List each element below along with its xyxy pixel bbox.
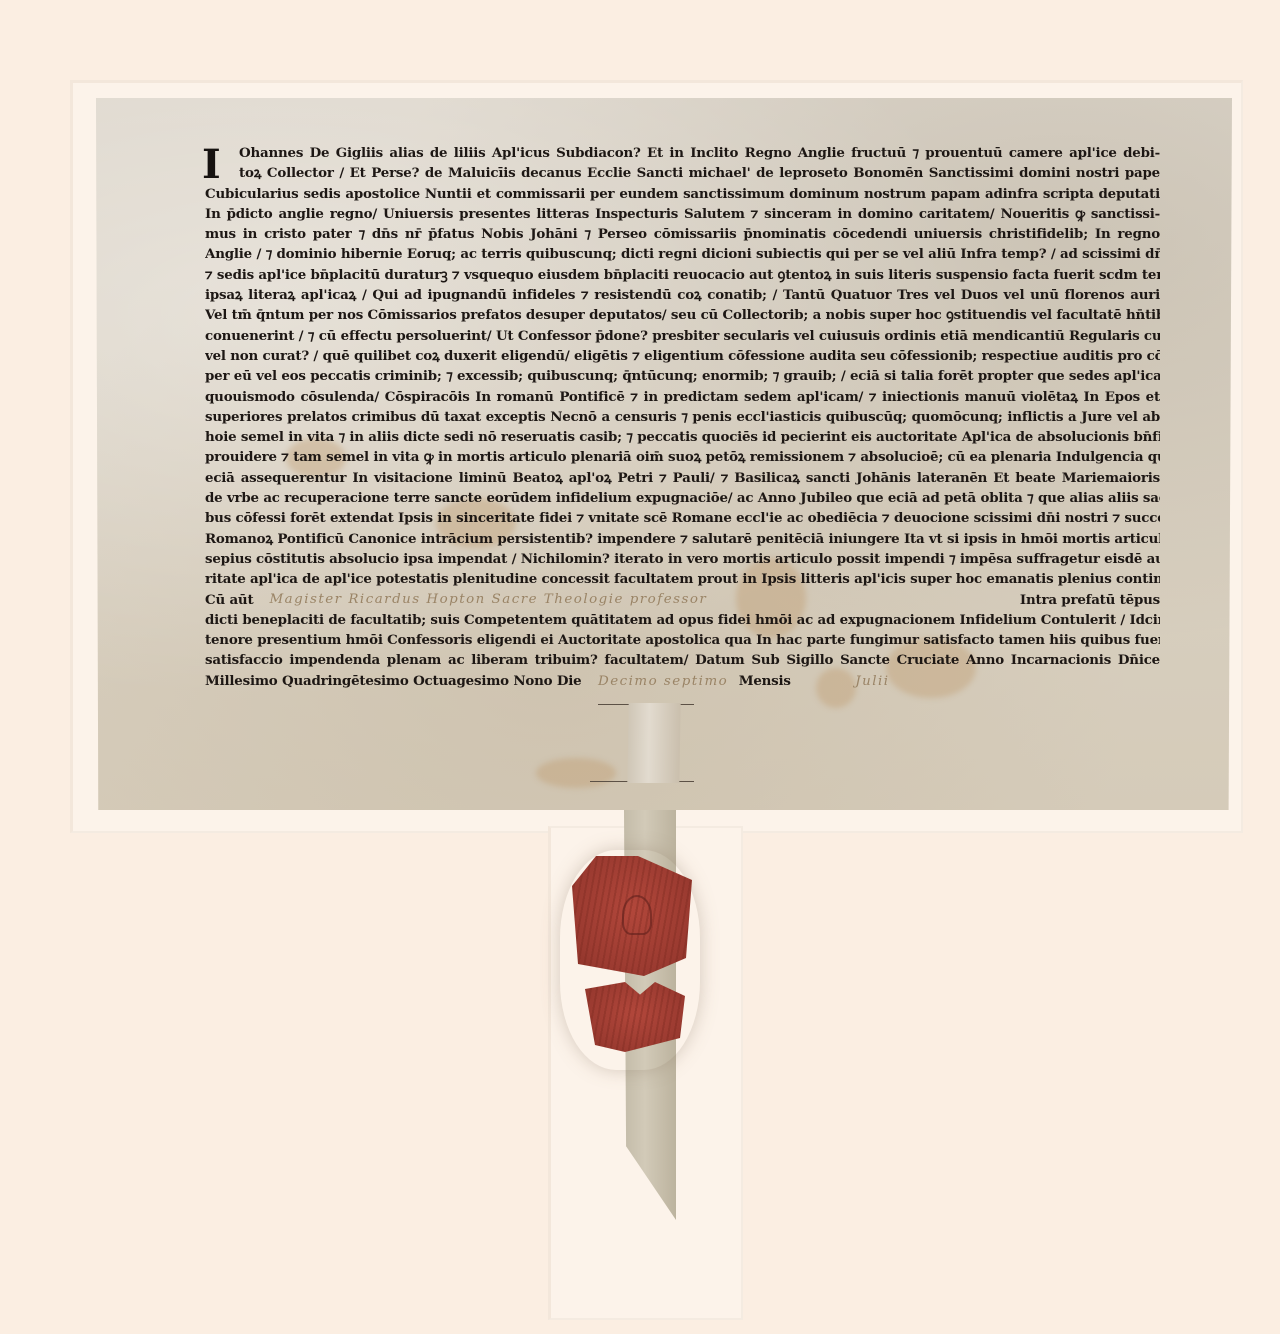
document-text: I Ohannes De Gigliis alias de liliis Apl… xyxy=(205,143,1160,691)
text-line: eciā assequerentur In visitacione liminū… xyxy=(205,468,1160,488)
text-line: prouidere ⁊ tam semel in vita ꝙ in morti… xyxy=(205,447,1160,467)
stain xyxy=(536,758,616,788)
parchment-tag-threaded xyxy=(627,703,680,783)
text-line: conuenerint / ⁊ cū effectu persoluerint/… xyxy=(205,326,1160,346)
text-line: mus in cristo pater ⁊ dn̄s nr̄ p̄fatus N… xyxy=(205,224,1160,244)
decorated-initial: I xyxy=(202,145,232,185)
printed-text: Intra prefatū tēpus xyxy=(1020,590,1160,610)
text-line: de vrbe ac recuperacione terre sancte eo… xyxy=(205,488,1160,508)
handwritten-day: Decimo septimo xyxy=(598,674,728,689)
text-line: toꝝ Collector / Et Perse? de Maluicīis d… xyxy=(205,163,1160,183)
text-line: satisfaccio impendenda plenam ac liberam… xyxy=(205,650,1160,670)
text-line: tenore presentium hmōi Confessoris elige… xyxy=(205,630,1160,650)
handwritten-name: Magister Ricardus Hopton Sacre Theologie… xyxy=(253,590,1019,610)
seal-arch-motif xyxy=(622,895,652,935)
text-line: Romanoꝝ Pontificū Canonice intrācium per… xyxy=(205,529,1160,549)
text-line: Vel tm̄ q̄ntum per nos Cōmissarios prefa… xyxy=(205,305,1160,325)
text-line: dicti beneplaciti de facultatib; suis Co… xyxy=(205,610,1160,630)
text-line: per eū vel eos peccatis criminib; ⁊ exce… xyxy=(205,366,1160,386)
text-line: Cubicularius sedis apostolice Nuntii et … xyxy=(205,184,1160,204)
text-line: vel non curat? / quē quilibet coꝝ duxeri… xyxy=(205,346,1160,366)
text-line: In p̄dicto anglie regno/ Uniuersis prese… xyxy=(205,204,1160,224)
text-line: bus cōfessi forēt extendat Ipsis in sinc… xyxy=(205,508,1160,528)
date-line: Millesimo Quadringētesimo Octuagesimo No… xyxy=(205,671,1160,691)
text-line-handwritten-name: Cū aūt Magister Ricardus Hopton Sacre Th… xyxy=(205,590,1160,610)
text-line: Anglie / ⁊ dominio hibernie Eoruq; ac te… xyxy=(205,244,1160,264)
handwritten-month: Julii xyxy=(855,674,889,689)
text-line: quouismodo cōsulenda/ Cōspiracōis In rom… xyxy=(205,387,1160,407)
text-line: superiores prelatos crimibus dū taxat ex… xyxy=(205,407,1160,427)
printed-text: Cū aūt xyxy=(205,590,253,610)
text-line: sepius cōstitutis absolucio ipsa impenda… xyxy=(205,549,1160,569)
text-line: ritate apl'ica de apl'ice potestatis ple… xyxy=(205,569,1160,589)
text-line: hoie semel in vita ⁊ in aliis dicte sedi… xyxy=(205,427,1160,447)
printed-mensis: Mensis xyxy=(739,673,791,689)
text-line: ⁊ sedis apl'ice bn̄placitū duraturꝫ ⁊ vs… xyxy=(205,265,1160,285)
text-line: Ohannes De Gigliis alias de liliis Apl'i… xyxy=(205,143,1160,163)
printed-date: Millesimo Quadringētesimo Octuagesimo No… xyxy=(205,673,582,689)
text-line: ipsaꝝ literaꝝ apl'icaꝝ / Qui ad ipugnand… xyxy=(205,285,1160,305)
